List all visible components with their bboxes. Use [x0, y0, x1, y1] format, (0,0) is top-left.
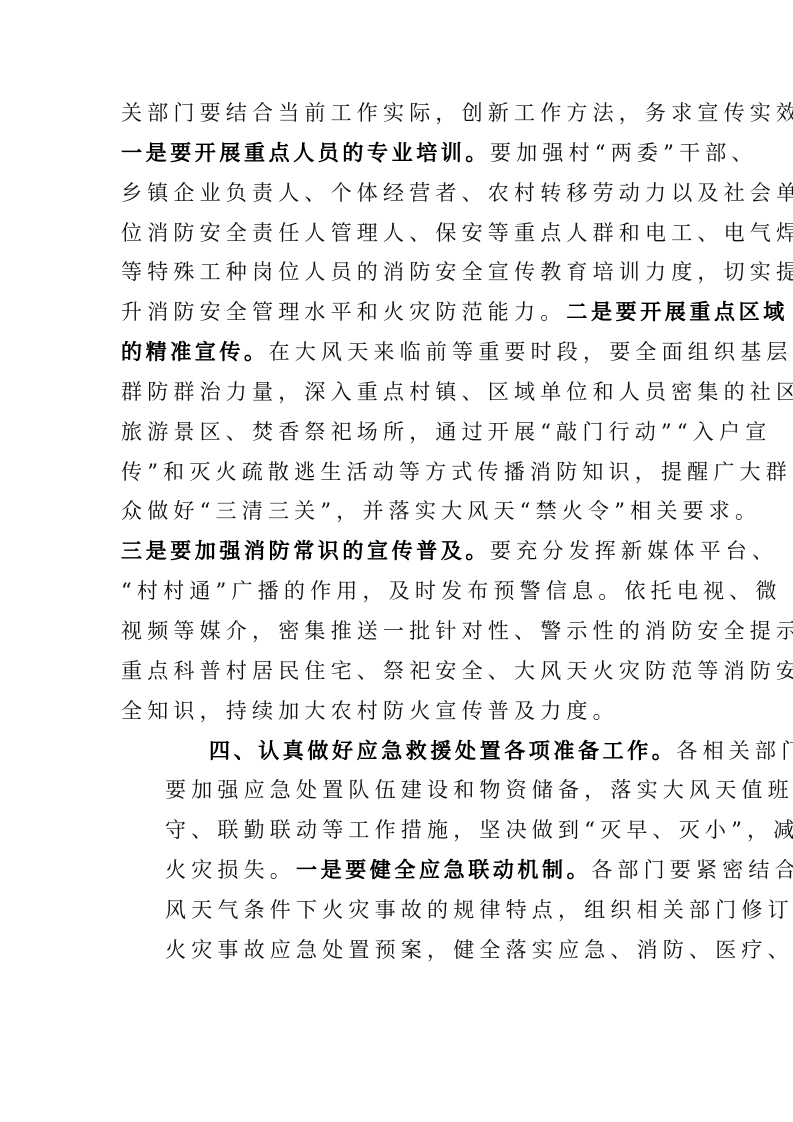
body-text: “村村通”广播的作用，及时发布预警信息。依托电视、微 — [121, 579, 782, 603]
text-line: 风天气条件下火灾事故的规律特点，组织相关部门修订完善 — [121, 891, 677, 931]
text-line: 乡镇企业负责人、个体经营者、农村转移劳动力以及社会单 — [121, 174, 677, 214]
body-text: 各相关部门 — [676, 739, 793, 763]
text-line: 旅游景区、焚香祭祀场所，通过开展“敲门行动”“入户宣 — [121, 413, 677, 453]
text-line: 四、认真做好应急救援处置各项准备工作。各相关部门 — [121, 732, 677, 772]
body-text: 位消防安全责任人管理人、保安等重点人群和电工、电气焊 — [121, 221, 793, 245]
text-line: 火灾损失。一是要健全应急联动机制。各部门要紧密结合大 — [121, 851, 677, 891]
text-line: 要加强应急处置队伍建设和物资储备，落实大风天值班值 — [121, 771, 677, 811]
text-line: 视频等媒介，密集推送一批针对性、警示性的消防安全提示， — [121, 612, 677, 652]
document-page: 关部门要结合当前工作实际，创新工作方法，务求宣传实效。一是要开展重点人员的专业培… — [0, 0, 793, 1122]
body-text: 守、联勤联动等工作措施，坚决做到“灭早、灭小”，减少 — [165, 818, 793, 842]
body-text: 各部门要紧密结合大 — [591, 858, 793, 882]
text-line: “村村通”广播的作用，及时发布预警信息。依托电视、微 — [121, 572, 677, 612]
paragraph: 四、认真做好应急救援处置各项准备工作。各相关部门要加强应急处置队伍建设和物资储备… — [121, 732, 677, 971]
body-text: 关部门要结合当前工作实际，创新工作方法，务求宣传实效。 — [121, 101, 793, 125]
body-text: 重点科普村居民住宅、祭祀安全、大风天火灾防范等消防安 — [121, 659, 793, 683]
text-line: 三是要加强消防常识的宣传普及。要充分发挥新媒体平台、 — [121, 532, 677, 572]
body-text: 众做好“三清三关”，并落实大风天“禁火令”相关要求。 — [121, 499, 761, 523]
body-text: 传”和灭火疏散逃生活动等方式传播消防知识，提醒广大群 — [121, 460, 792, 484]
body-text: 要加强村“两委”干部、 — [490, 141, 758, 165]
bold-heading-text: 一是要健全应急联动机制。 — [296, 858, 591, 882]
body-text: 群防群治力量，深入重点村镇、区域单位和人员密集的社区、 — [121, 380, 793, 404]
document-body: 关部门要结合当前工作实际，创新工作方法，务求宣传实效。一是要开展重点人员的专业培… — [121, 94, 677, 971]
bold-heading-text: 的精准宣传。 — [121, 340, 269, 364]
text-line: 重点科普村居民住宅、祭祀安全、大风天火灾防范等消防安 — [121, 652, 677, 692]
body-text: 乡镇企业负责人、个体经营者、农村转移劳动力以及社会单 — [121, 181, 793, 205]
text-line: 一是要开展重点人员的专业培训。要加强村“两委”干部、 — [121, 134, 677, 174]
body-text: 视频等媒介，密集推送一批针对性、警示性的消防安全提示， — [121, 619, 793, 643]
body-text: 要加强应急处置队伍建设和物资储备，落实大风天值班值 — [165, 778, 793, 802]
body-text: 旅游景区、焚香祭祀场所，通过开展“敲门行动”“入户宣 — [121, 420, 771, 444]
text-line: 守、联勤联动等工作措施，坚决做到“灭早、灭小”，减少 — [121, 811, 677, 851]
body-text: 升消防安全管理水平和火灾防范能力。 — [121, 300, 566, 324]
text-line: 位消防安全责任人管理人、保安等重点人群和电工、电气焊 — [121, 214, 677, 254]
body-text: 风天气条件下火灾事故的规律特点，组织相关部门修订完善 — [165, 898, 793, 922]
paragraph: 关部门要结合当前工作实际，创新工作方法，务求宣传实效。一是要开展重点人员的专业培… — [121, 94, 677, 732]
body-text: 在大风天来临前等重要时段，要全面组织基层 — [269, 340, 793, 364]
text-line: 群防群治力量，深入重点村镇、区域单位和人员密集的社区、 — [121, 373, 677, 413]
bold-heading-text: 四、认真做好应急救援处置各项准备工作。 — [209, 739, 676, 763]
bold-heading-text: 一是要开展重点人员的专业培训。 — [121, 141, 490, 165]
text-line: 等特殊工种岗位人员的消防安全宣传教育培训力度，切实提 — [121, 253, 677, 293]
body-text: 全知识，持续加大农村防火宣传普及力度。 — [121, 699, 619, 723]
text-line: 传”和灭火疏散逃生活动等方式传播消防知识，提醒广大群 — [121, 453, 677, 493]
text-line: 关部门要结合当前工作实际，创新工作方法，务求宣传实效。 — [121, 94, 677, 134]
body-text: 火灾事故应急处置预案，健全落实应急、消防、医疗、交通 — [165, 938, 793, 962]
text-line: 升消防安全管理水平和火灾防范能力。二是要开展重点区域 — [121, 293, 677, 333]
text-line: 众做好“三清三关”，并落实大风天“禁火令”相关要求。 — [121, 492, 677, 532]
body-text: 火灾损失。 — [165, 858, 296, 882]
body-text: 要充分发挥新媒体平台、 — [490, 539, 778, 563]
bold-heading-text: 二是要开展重点区域 — [566, 300, 787, 324]
body-text: 等特殊工种岗位人员的消防安全宣传教育培训力度，切实提 — [121, 260, 793, 284]
text-line: 全知识，持续加大农村防火宣传普及力度。 — [121, 692, 677, 732]
text-line: 火灾事故应急处置预案，健全落实应急、消防、医疗、交通 — [121, 931, 677, 971]
text-line: 的精准宣传。在大风天来临前等重要时段，要全面组织基层 — [121, 333, 677, 373]
bold-heading-text: 三是要加强消防常识的宣传普及。 — [121, 539, 490, 563]
